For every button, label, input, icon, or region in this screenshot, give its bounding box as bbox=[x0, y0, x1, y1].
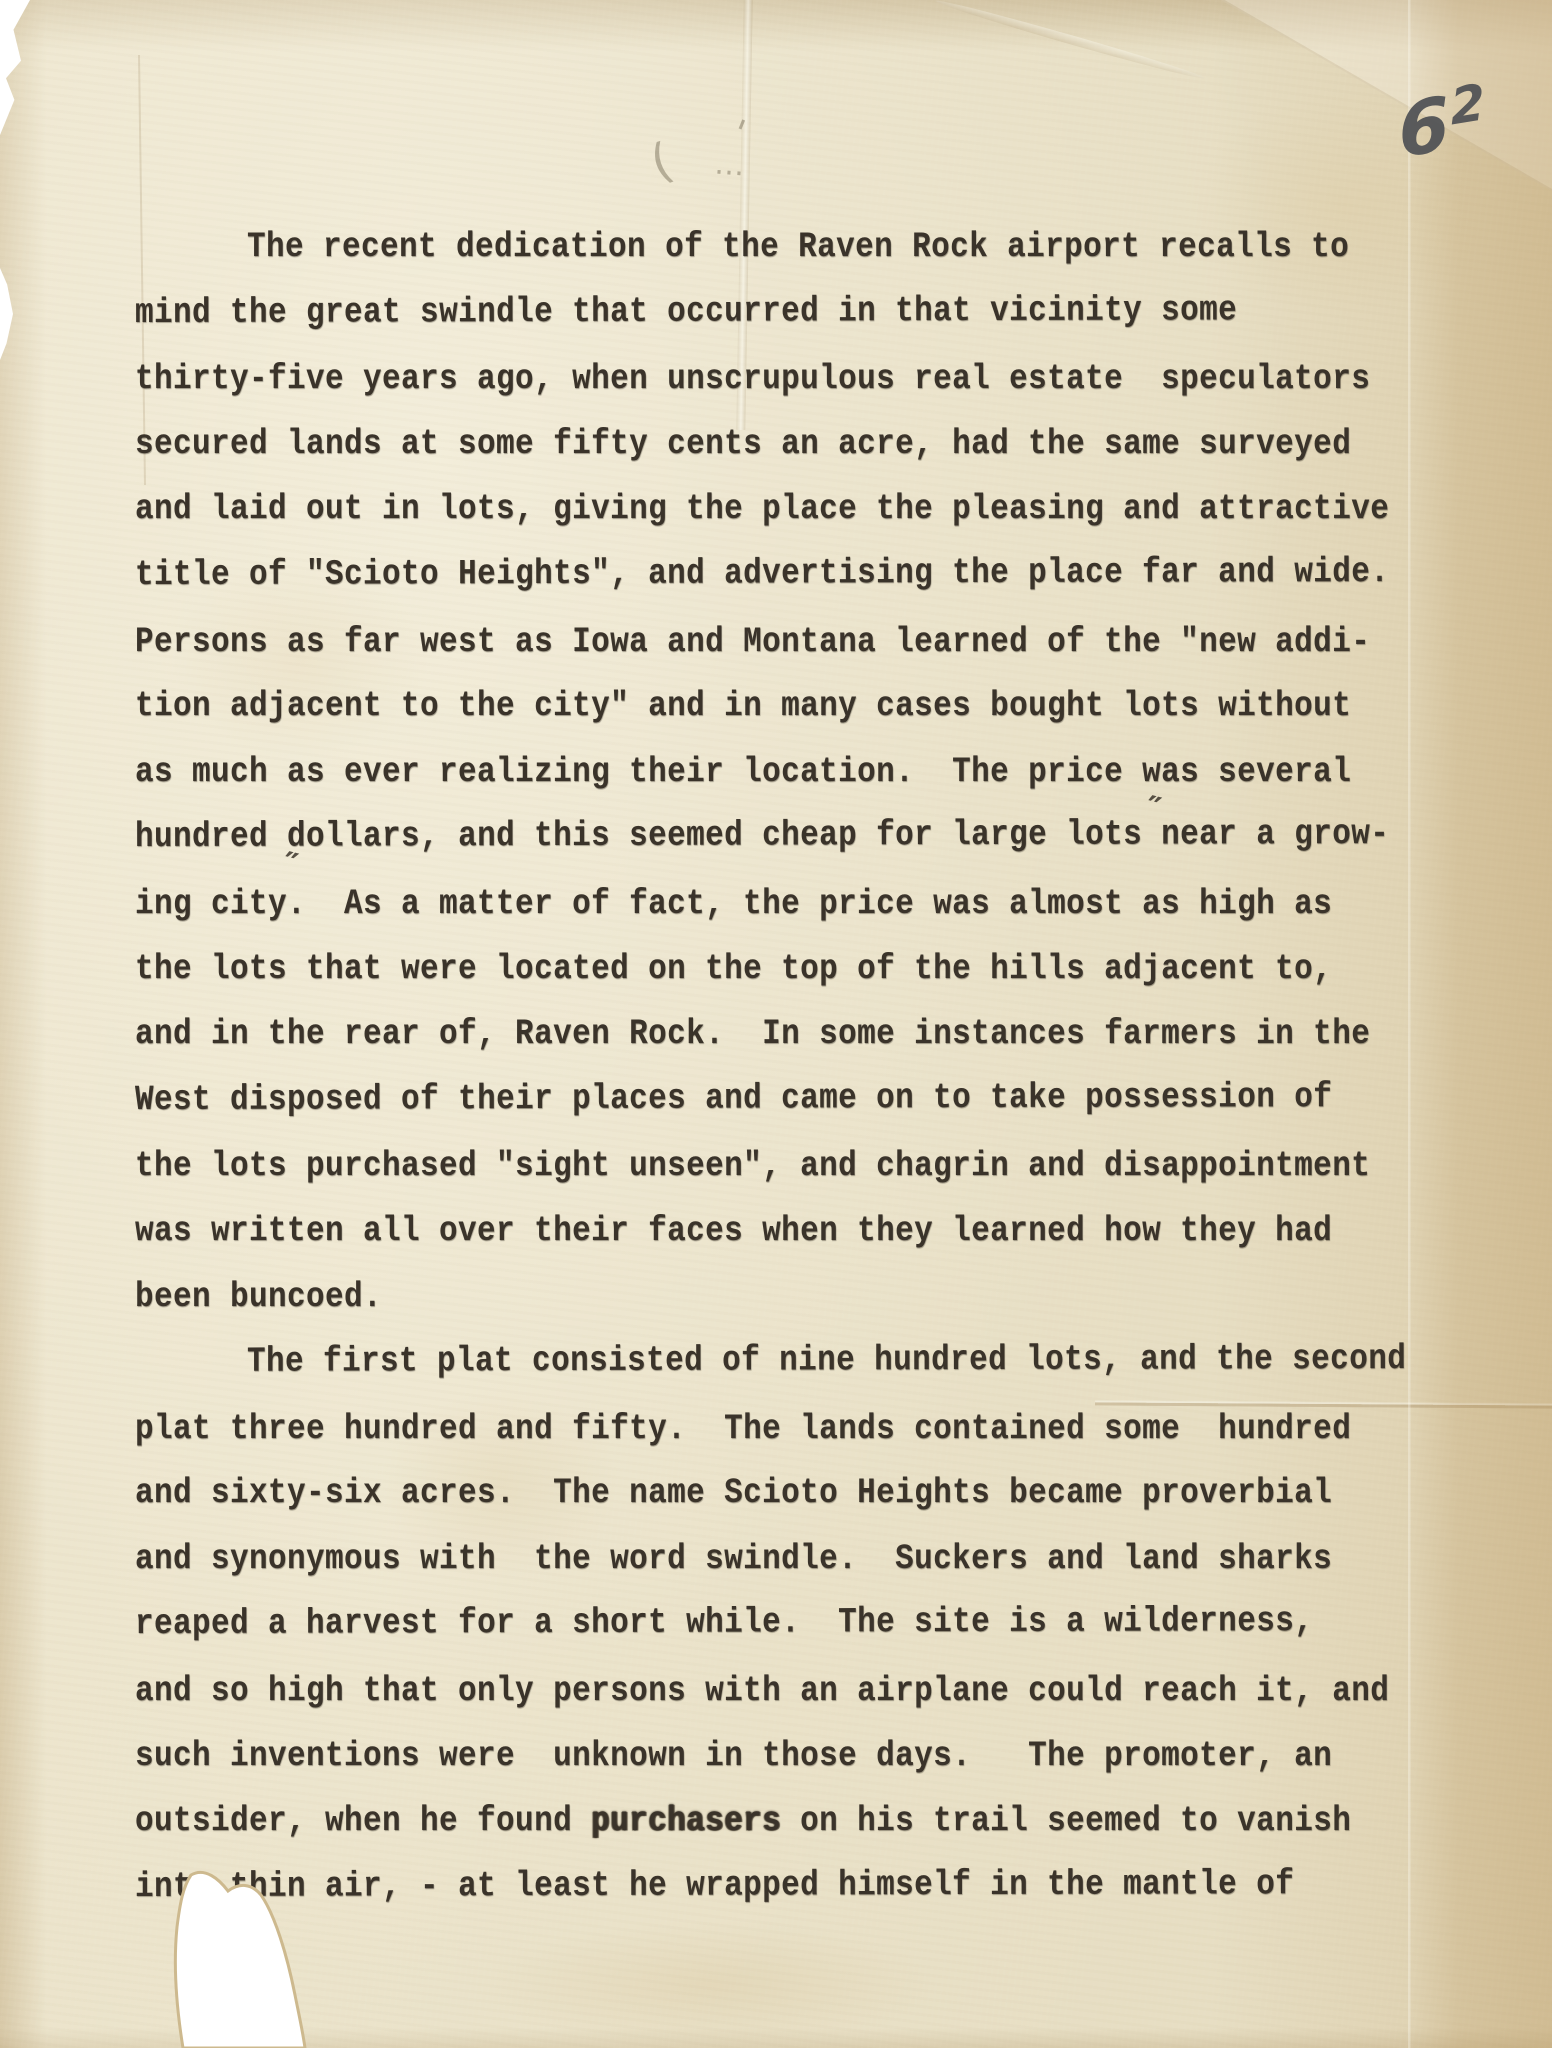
text-line: mind the great swindle that occurred in … bbox=[135, 273, 1485, 351]
text-line: secured lands at some fifty cents an acr… bbox=[135, 407, 1485, 482]
text-line: such inventions were unknown in those da… bbox=[135, 1719, 1485, 1794]
faint-pencil-dots: ⋯ bbox=[713, 157, 745, 189]
page-number-handwritten: 62 bbox=[1397, 81, 1488, 169]
text-line: tion adjacent to the city" and in many c… bbox=[135, 670, 1485, 745]
text-line: and sixty-six acres. The name Scioto Hei… bbox=[135, 1457, 1485, 1532]
text-line: thirty-five years ago, when unscrupulous… bbox=[135, 343, 1485, 418]
overstruck-word: purchasers bbox=[591, 1802, 781, 1842]
document-page: The recent dedication of the Raven Rock … bbox=[0, 0, 1552, 2048]
page-number-digit: 6 bbox=[1396, 81, 1451, 175]
torn-hole-bottom-left bbox=[125, 1855, 335, 2048]
text-line: reaped a harvest for a short while. The … bbox=[135, 1585, 1485, 1663]
text-line: The first plat consisted of nine hundred… bbox=[135, 1322, 1485, 1400]
text-line: title of "Scioto Heights", and advertisi… bbox=[135, 535, 1485, 613]
text-line: West disposed of their places and came o… bbox=[135, 1060, 1485, 1138]
text-line: the lots purchased "sight unseen", and c… bbox=[135, 1130, 1485, 1205]
text-line: hundred dollars, and this seemed cheap f… bbox=[135, 798, 1485, 876]
text-line: ing city. As a matter of fact, the price… bbox=[135, 867, 1485, 942]
text-line: into thin air, - at least he wrapped him… bbox=[135, 1847, 1485, 1925]
text-line: the lots that were located on the top of… bbox=[135, 932, 1485, 1007]
page-number-digit: 2 bbox=[1449, 73, 1486, 137]
text-line: was written all over their faces when th… bbox=[135, 1194, 1485, 1269]
text-line: and so high that only persons with an ai… bbox=[135, 1655, 1485, 1730]
torn-hole-shape bbox=[175, 1872, 305, 2048]
typewritten-text: The recent dedication of the Raven Rock … bbox=[135, 215, 1485, 1920]
paper-stain bbox=[480, 1920, 940, 2048]
